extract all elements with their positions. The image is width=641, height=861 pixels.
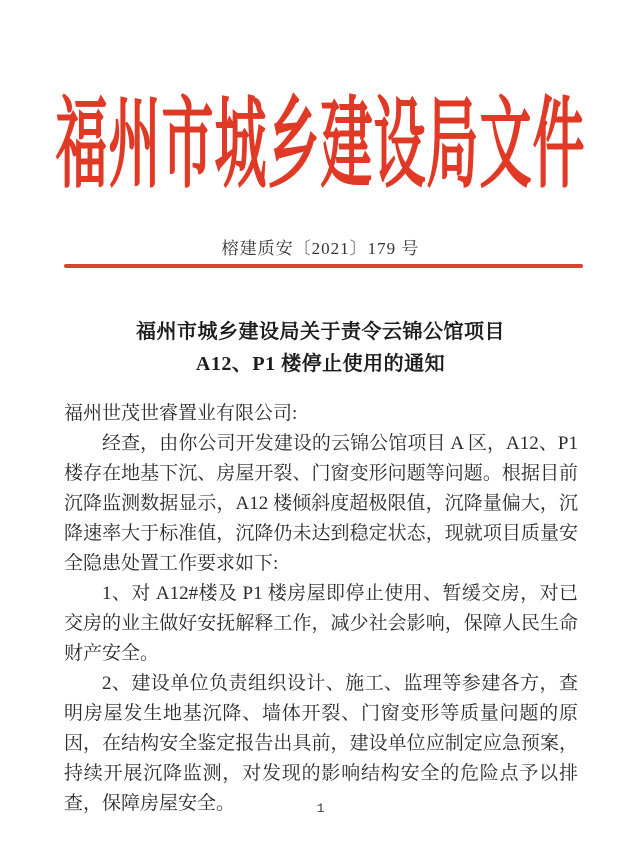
salutation-line: 福州世茂世睿置业有限公司:	[64, 399, 578, 429]
official-document-page: 福州市城乡建设局文件 榕建质安〔2021〕179 号 福州市城乡建设局关于责令云…	[0, 0, 641, 861]
document-number: 榕建质安〔2021〕179 号	[0, 234, 641, 259]
page-number: 1	[0, 801, 641, 816]
body-paragraph-1: 经查，由你公司开发建设的云锦公馆项目 A 区，A12、P1 楼存在地基下沉、房屋…	[64, 429, 578, 579]
body-paragraph-3: 2、建设单位负责组织设计、施工、监理等参建各方，查明房屋发生地基沉降、墙体开裂、…	[64, 669, 578, 819]
agency-header-title: 福州市城乡建设局文件	[0, 98, 641, 197]
red-divider-line	[64, 264, 583, 268]
notice-title: 福州市城乡建设局关于责令云锦公馆项目 A12、P1 楼停止使用的通知	[40, 316, 601, 380]
document-body: 福州世茂世睿置业有限公司: 经查，由你公司开发建设的云锦公馆项目 A 区，A12…	[64, 399, 578, 819]
body-paragraph-2: 1、对 A12#楼及 P1 楼房屋即停止使用、暂缓交房，对已交房的业主做好安抚解…	[64, 579, 578, 669]
